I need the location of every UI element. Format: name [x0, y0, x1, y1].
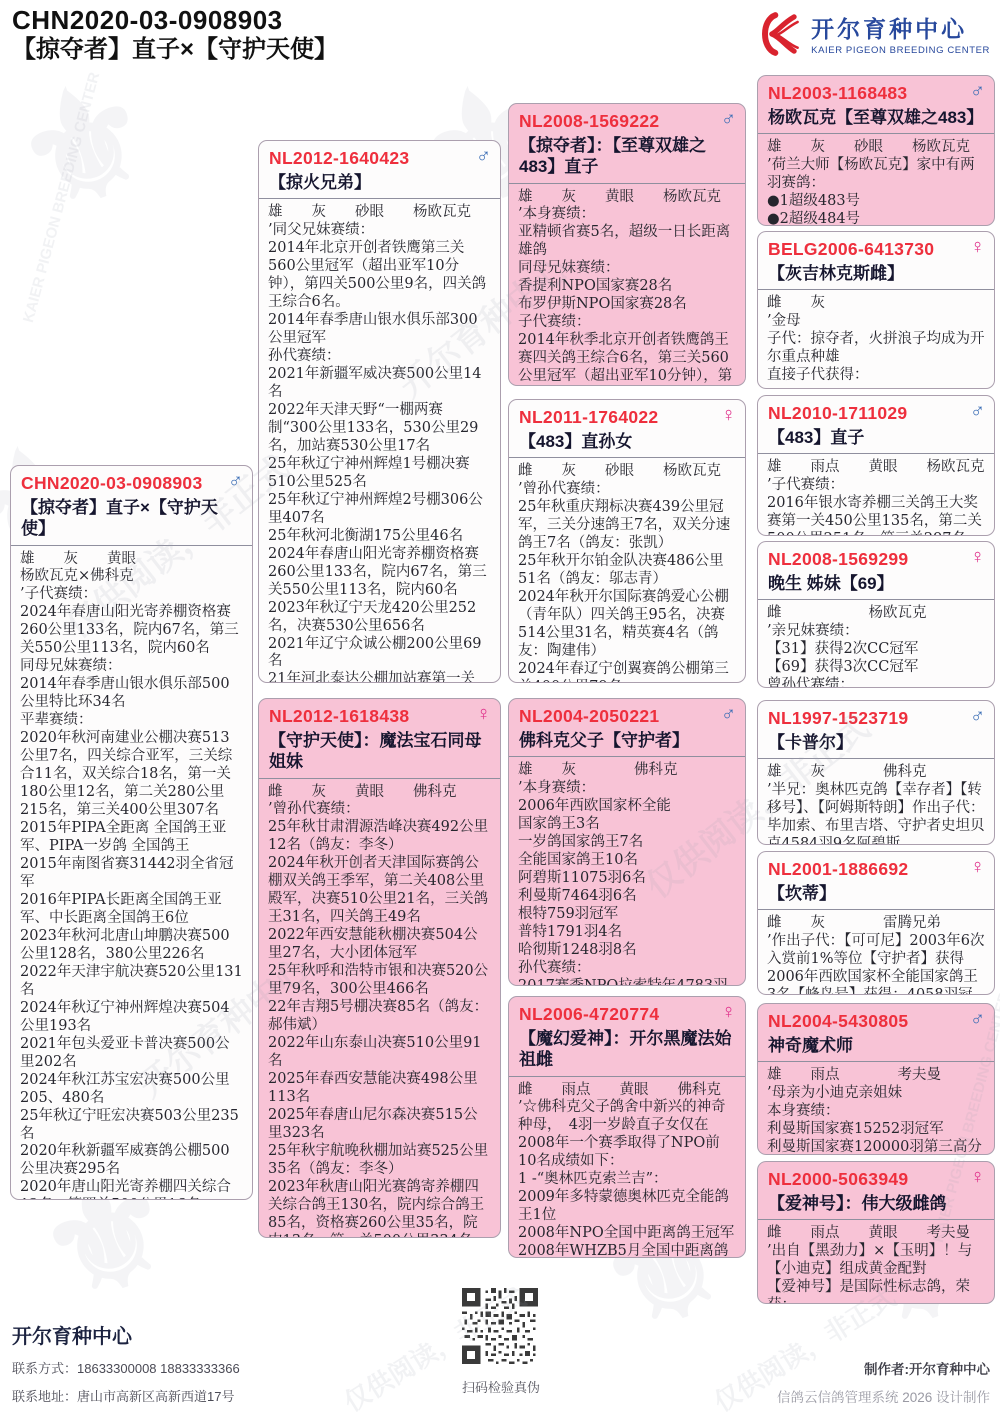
- box-body: 雄 灰 砂眼 杨欧瓦克 ’荷兰大师【杨欧瓦克】家中有两羽赛鸽： ●1超级483号…: [758, 134, 994, 226]
- footer-company-name: 开尔育种中心: [12, 1320, 240, 1349]
- box-title: 神奇魔术师: [768, 1035, 984, 1056]
- male-icon: ♂: [970, 1009, 985, 1029]
- ring-number: NL2012-1640423: [269, 148, 490, 169]
- female-icon: ♀: [970, 237, 985, 257]
- ring-number: NL2006-4720774: [519, 1004, 735, 1025]
- pedigree-box-ggp-8: NL2000-5063949 ♀ 【爱神号】：伟大级雌鸽 雌 雨点 黄眼 考夫曼…: [757, 1161, 995, 1304]
- ring-number: NL1997-1523719: [768, 708, 984, 729]
- ring-number: NL2008-1569222: [519, 111, 735, 132]
- pedigree-page: ⚜ ⚜ ⚜ ⚜ ⚜ ⚜ 仅供阅读，非正式 开尔育种中心 仅供阅读，非正式 开尔育…: [0, 0, 1000, 1414]
- qr-code-block: 扫码检验真伪: [462, 1288, 538, 1396]
- logo-name-cn: 开尔育种中心: [811, 17, 990, 42]
- pedigree-box-ggp-3: NL2010-1711029 ♂ 【483】直子 雄 雨点 黄眼 杨欧瓦克 ’子…: [757, 395, 995, 536]
- box-body: 雄 雨点 考夫曼 ’母亲为小迪克亲姐妹 本身赛绩： 利曼斯国家赛15252羽冠军…: [758, 1062, 994, 1155]
- footer-contact: 联系方式：18633300008 18833333366: [12, 1358, 240, 1377]
- box-title: 【守护天使】：魔法宝石同母姐妹: [269, 730, 490, 773]
- box-title: 【灰吉林克斯雌】: [768, 263, 984, 284]
- pedigree-box-ggp-6: NL2001-1886692 ♀ 【坎蒂】 雌 灰 雷腾兄弟 ’作出子代：【可可…: [757, 851, 995, 995]
- box-header: NL2012-1640423 ♂ 【掠火兄弟】: [259, 141, 500, 199]
- box-title: 【卡普尔】: [768, 732, 984, 753]
- box-header: NL2001-1886692 ♀ 【坎蒂】: [758, 852, 994, 910]
- female-icon: ♀: [721, 405, 736, 425]
- box-header: NL2008-1569222 ♂ 【掠夺者】：【至尊双雄之483】直子: [509, 104, 745, 184]
- box-header: NL2003-1168483 ♂ 杨欧瓦克【至尊双雄之483】: [758, 76, 994, 134]
- footer-maker: 制作者:开尔育种中心: [777, 1358, 990, 1378]
- ring-number: NL2000-5063949: [768, 1169, 984, 1190]
- male-icon: ♂: [721, 109, 736, 129]
- ring-number: NL2012-1618438: [269, 706, 490, 727]
- box-body: 雌 杨欧瓦克 ’亲兄妹赛绩： 【31】获得2次CC冠军 【69】获得3次CC冠军…: [758, 600, 994, 688]
- pedigree-box-sire: NL2012-1640423 ♂ 【掠火兄弟】 雄 灰 砂眼 杨欧瓦克 ’同父兄…: [258, 140, 501, 683]
- box-title: 晚生 姊妹【69】: [768, 573, 984, 594]
- pedigree-box-grandsire-1: NL2008-1569222 ♂ 【掠夺者】：【至尊双雄之483】直子 雄 灰 …: [508, 103, 746, 386]
- male-icon: ♂: [721, 704, 736, 724]
- box-body: 雌 雨点 黄眼 佛科克 ’☆佛科克父子鸽舍中新兴的神奇种母， 4羽一岁龄直子女仅…: [509, 1077, 745, 1259]
- qr-caption: 扫码检验真伪: [462, 1377, 538, 1396]
- box-header: BELG2006-6413730 ♀ 【灰吉林克斯雌】: [758, 232, 994, 290]
- box-body: 雌 灰 雷腾兄弟 ’作出子代：【可可尼】2003年6次入赏前1%等位【守护者】获…: [758, 910, 994, 995]
- fleur-watermark-icon: ⚜: [0, 42, 178, 252]
- logo-name-en: KAIER PIGEON BREEDING CENTER: [811, 45, 990, 56]
- pedigree-box-ggp-7: NL2004-5430805 ♂ 神奇魔术师 雄 雨点 考夫曼 ’母亲为小迪克亲…: [757, 1003, 995, 1155]
- box-title: 【坎蒂】: [768, 883, 984, 904]
- pedigree-box-ggp-5: NL1997-1523719 ♂ 【卡普尔】 雄 灰 佛科克 ’半兄：奥林匹克鸽…: [757, 700, 995, 845]
- kaier-logo-icon: [751, 10, 803, 63]
- ring-number: NL2003-1168483: [768, 83, 984, 104]
- male-icon: ♂: [970, 401, 985, 421]
- box-title: 【掠夺者】直子×【守护天使】: [21, 497, 242, 540]
- ring-number: CHN2020-03-0908903: [21, 473, 242, 494]
- box-title: 【爱神号】：伟大级雌鸽: [768, 1193, 984, 1214]
- pedigree-box-dam: NL2012-1618438 ♀ 【守护天使】：魔法宝石同母姐妹 雌 灰 黄眼 …: [258, 698, 501, 1238]
- box-header: NL2010-1711029 ♂ 【483】直子: [758, 396, 994, 454]
- box-body: 雌 灰 砂眼 杨欧瓦克 ’曾孙代赛绩： 25年秋重庆翔标决赛439公里冠军，三关…: [509, 458, 745, 683]
- ring-number: BELG2006-6413730: [768, 239, 984, 260]
- ring-number: NL2004-2050221: [519, 706, 735, 727]
- main-ring-number: CHN2020-03-0908903: [12, 6, 338, 36]
- footer-address: 联系地址：唐山市高新区高新西道17号: [12, 1386, 240, 1405]
- box-body: 雌 雨点 黄眼 考夫曼 ’出自【黑劲力】×【玉明】！与【小迪克】组成黄金配對 【…: [758, 1220, 994, 1304]
- document-header: CHN2020-03-0908903 【掠夺者】直子×【守护天使】: [12, 6, 338, 65]
- footer-system: 信鸽云信鸽管理系统 2026 设计制作: [777, 1386, 990, 1406]
- box-body: 雄 雨点 黄眼 杨欧瓦克 ’子代赛绩： 2016年银水寄养棚三关鸽王大奖赛第一关…: [758, 454, 994, 536]
- box-header: NL2008-1569299 ♀ 晚生 姊妹【69】: [758, 542, 994, 600]
- box-header: NL2012-1618438 ♀ 【守护天使】：魔法宝石同母姐妹: [259, 699, 500, 779]
- pedigree-box-grandsire-2: NL2004-2050221 ♂ 佛科克父子【守护者】 雄 灰 佛科克 ’本身赛…: [508, 698, 746, 986]
- male-icon: ♂: [970, 706, 985, 726]
- box-header: NL2011-1764022 ♀ 【483】直孙女: [509, 400, 745, 458]
- ring-number: NL2004-5430805: [768, 1011, 984, 1032]
- box-header: NL2000-5063949 ♀ 【爱神号】：伟大级雌鸽: [758, 1162, 994, 1220]
- box-title: 【掠夺者】：【至尊双雄之483】直子: [519, 135, 735, 178]
- box-body: 雄 灰 黄眼 杨欧瓦克 ’本身赛绩： 亚精顿省赛5名，超级一日长距离雄鸽 同母兄…: [509, 184, 745, 387]
- ring-number: NL2011-1764022: [519, 407, 735, 428]
- ring-number: NL2010-1711029: [768, 403, 984, 424]
- ring-number: NL2001-1886692: [768, 859, 984, 880]
- female-icon: ♀: [476, 704, 491, 724]
- pedigree-box-subject: CHN2020-03-0908903 ♂ 【掠夺者】直子×【守护天使】 雄 灰 …: [10, 465, 253, 1200]
- kaier-logo: 开尔育种中心 KAIER PIGEON BREEDING CENTER: [751, 10, 990, 63]
- watermark-text: KAIER PIGEON BREEDING CENTER: [20, 70, 103, 324]
- female-icon: ♀: [721, 1002, 736, 1022]
- pedigree-box-ggp-1: NL2003-1168483 ♂ 杨欧瓦克【至尊双雄之483】 雄 灰 砂眼 杨…: [757, 75, 995, 226]
- box-body: 雌 灰 ’金母 子代：掠夺者，火拼浪子均成为开尔重点种雄 直接子代获得：: [758, 290, 994, 389]
- male-icon: ♂: [476, 146, 491, 166]
- ring-number: NL2008-1569299: [768, 549, 984, 570]
- box-body: 雄 灰 黄眼 杨欧瓦克×佛科克 ’子代赛绩： 2024年春唐山阳光寄养棚资格赛2…: [11, 546, 252, 1201]
- box-header: NL2006-4720774 ♀ 【魔幻爱神】：开尔黑魔法始祖雌: [509, 997, 745, 1077]
- box-header: NL1997-1523719 ♂ 【卡普尔】: [758, 701, 994, 759]
- box-title: 杨欧瓦克【至尊双雄之483】: [768, 107, 984, 128]
- footer-maker-block: 制作者:开尔育种中心 信鸽云信鸽管理系统 2026 设计制作: [777, 1358, 990, 1406]
- box-header: NL2004-5430805 ♂ 神奇魔术师: [758, 1004, 994, 1062]
- box-title: 【483】直子: [768, 427, 984, 448]
- footer-contact-block: 开尔育种中心 联系方式：18633300008 18833333366 联系地址…: [12, 1320, 240, 1405]
- box-title: 【掠火兄弟】: [269, 172, 490, 193]
- main-title: 【掠夺者】直子×【守护天使】: [12, 36, 338, 65]
- male-icon: ♂: [228, 471, 243, 491]
- female-icon: ♀: [970, 547, 985, 567]
- box-body: 雌 灰 黄眼 佛科克 ’曾孙代赛绩： 25年秋甘肃渭源浩峰决赛492公里12名（…: [259, 779, 500, 1239]
- box-header: CHN2020-03-0908903 ♂ 【掠夺者】直子×【守护天使】: [11, 466, 252, 546]
- box-title: 【483】直孙女: [519, 431, 735, 452]
- pedigree-box-granddam-2: NL2006-4720774 ♀ 【魔幻爱神】：开尔黑魔法始祖雌 雌 雨点 黄眼…: [508, 996, 746, 1258]
- pedigree-box-ggp-4: NL2008-1569299 ♀ 晚生 姊妹【69】 雌 杨欧瓦克 ’亲兄妹赛绩…: [757, 541, 995, 688]
- box-body: 雄 灰 砂眼 杨欧瓦克 ’同父兄妹赛绩： 2014年北京开创者铁鹰第三关560公…: [259, 199, 500, 683]
- female-icon: ♀: [970, 857, 985, 877]
- box-header: NL2004-2050221 ♂ 佛科克父子【守护者】: [509, 699, 745, 757]
- logo-text: 开尔育种中心 KAIER PIGEON BREEDING CENTER: [811, 17, 990, 55]
- box-body: 雄 灰 佛科克 ’半兄：奥林匹克鸽【幸存者】【转移号】、【阿姆斯特朗】作出子代：…: [758, 759, 994, 845]
- male-icon: ♂: [970, 81, 985, 101]
- box-title: 佛科克父子【守护者】: [519, 730, 735, 751]
- qr-code-icon: [462, 1351, 538, 1368]
- female-icon: ♀: [970, 1167, 985, 1187]
- pedigree-box-ggp-2: BELG2006-6413730 ♀ 【灰吉林克斯雌】 雌 灰 ’金母 子代：掠…: [757, 231, 995, 389]
- box-title: 【魔幻爱神】：开尔黑魔法始祖雌: [519, 1028, 735, 1071]
- pedigree-box-granddam-1: NL2011-1764022 ♀ 【483】直孙女 雌 灰 砂眼 杨欧瓦克 ’曾…: [508, 399, 746, 683]
- box-body: 雄 灰 佛科克 ’本身赛绩： 2006年西欧国家杯全能 国家鸽王3名 一岁鸽国家…: [509, 757, 745, 986]
